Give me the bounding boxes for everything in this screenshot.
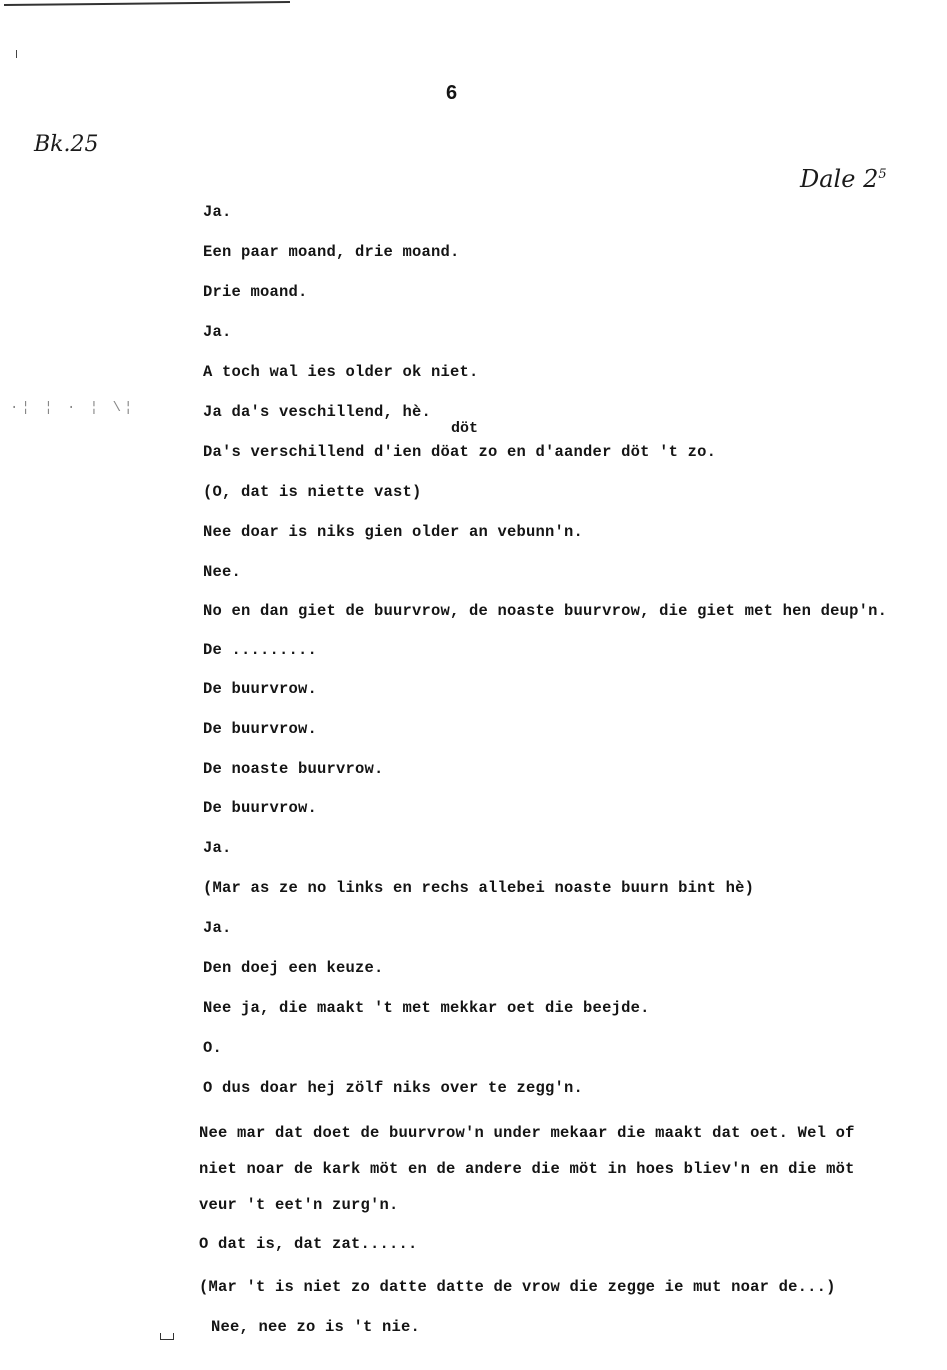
annotation-number: 2	[863, 165, 878, 193]
scan-smudge: ·¦ ¦ · ¦ \¦	[10, 400, 135, 416]
transcript-line: (Mar as ze no links en rechs allebei noa…	[203, 879, 754, 897]
transcript-line: Den doej een keuze.	[203, 959, 384, 977]
transcript-line: De buurvrow.	[203, 799, 317, 817]
transcript-line: Ja.	[203, 323, 232, 341]
annotation-name: Dale	[800, 165, 855, 193]
transcript-line: Nee doar is niks gien older an vebunn'n.	[203, 523, 583, 541]
handwritten-annotation-left: Bk.25	[34, 132, 99, 157]
transcript-line: Da's verschillend d'ien döat zo en d'aan…	[203, 443, 716, 461]
transcript-line: De buurvrow.	[203, 720, 317, 738]
transcript-line: O dat is, dat zat......	[199, 1235, 418, 1253]
transcript-line: A toch wal ies older ok niet.	[203, 363, 479, 381]
interlinear-correction: döt	[451, 420, 478, 437]
transcript-line: De buurvrow.	[203, 680, 317, 698]
handwritten-annotation-right: Dale 25	[800, 165, 887, 193]
transcript-line: Nee, nee zo is 't nie.	[211, 1318, 420, 1336]
transcript-line: Nee mar dat doet de buurvrow'n under mek…	[199, 1124, 855, 1142]
transcript-line: Ja da's veschillend, hè.	[203, 403, 431, 421]
transcript-line: Drie moand.	[203, 283, 308, 301]
transcript-line: Ja.	[203, 919, 232, 937]
transcript-line: Een paar moand, drie moand.	[203, 243, 460, 261]
top-rule-line	[4, 1, 290, 6]
transcript-line: De noaste buurvrow.	[203, 760, 384, 778]
transcript-line: Ja.	[203, 203, 232, 221]
corner-mark	[160, 1333, 174, 1340]
margin-mark	[16, 50, 17, 58]
transcript-line: De .........	[203, 641, 317, 659]
transcript-line: O dus doar hej zölf niks over te zegg'n.	[203, 1079, 583, 1097]
transcript-line: (O, dat is niette vast)	[203, 483, 422, 501]
transcript-line: No en dan giet de buurvrow, de noaste bu…	[203, 602, 887, 620]
transcript-line: (Mar 't is niet zo datte datte de vrow d…	[199, 1278, 836, 1296]
annotation-superscript: 5	[878, 167, 886, 182]
transcript-line: Nee ja, die maakt 't met mekkar oet die …	[203, 999, 650, 1017]
page-number: 6	[446, 82, 457, 105]
transcript-line: O.	[203, 1039, 222, 1057]
transcript-line: veur 't eet'n zurg'n.	[199, 1196, 399, 1214]
transcript-line: Ja.	[203, 839, 232, 857]
transcript-line: Nee.	[203, 563, 241, 581]
transcript-line: niet noar de kark möt en de andere die m…	[199, 1160, 855, 1178]
